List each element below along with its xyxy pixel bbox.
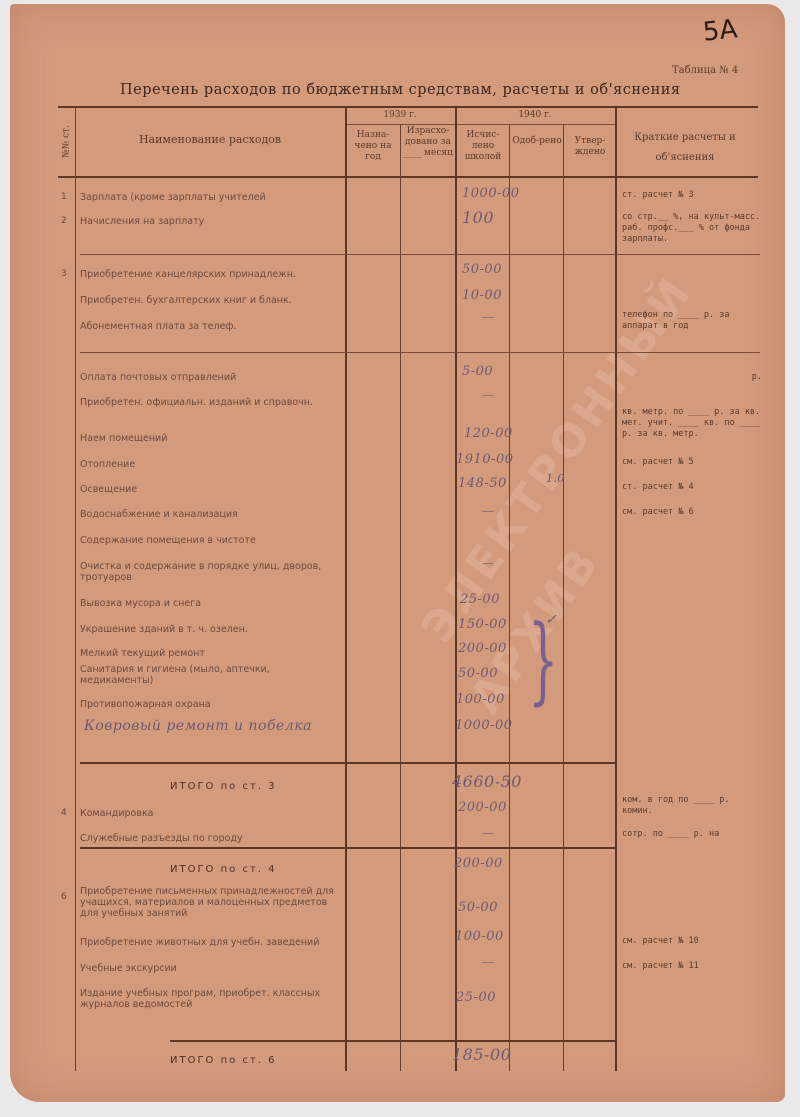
header-year-1940: 1940 г. — [455, 110, 615, 121]
header-confirmed: Утвер-ждено — [565, 136, 615, 158]
row-label: Наем помещений — [80, 433, 345, 444]
year-rule — [345, 124, 615, 125]
section-rule — [80, 352, 760, 353]
row-label: Начисления на зарплату — [80, 216, 345, 227]
col-divider — [509, 124, 510, 1071]
school-amount: 148-50 — [458, 476, 507, 491]
total-amount: 185-00 — [452, 1045, 511, 1064]
row-label: Вывозка мусора и снега — [80, 598, 345, 609]
row-label: Приобретен. бухгалтерских книг и бланк. — [80, 295, 345, 306]
row-note: см. расчет № 11 — [622, 961, 762, 972]
school-amount: 5-00 — [462, 364, 493, 379]
row-label: Издание учебных програм, приобрет. класс… — [80, 988, 345, 1010]
row-label: Очистка и содержание в порядке улиц, дво… — [80, 561, 345, 583]
school-amount: — — [482, 388, 494, 402]
row-label: Водоснабжение и канализация — [80, 509, 345, 520]
row-label: Абонементная плата за телеф. — [80, 321, 345, 332]
header-year-1939: 1939 г. — [345, 110, 455, 121]
school-amount: 200-00 — [458, 800, 507, 815]
row-note: см. расчет № 6 — [622, 507, 762, 518]
total-amount: 4660-50 — [452, 772, 522, 791]
total-label: ИТОГО по ст. 6 — [170, 1055, 277, 1066]
school-amount: — — [482, 826, 494, 840]
section-rule — [80, 254, 760, 255]
school-amount: 25-00 — [456, 990, 496, 1005]
header-approved: Одоб-рено — [511, 136, 563, 147]
school-amount: 10-00 — [462, 288, 502, 303]
row-label: Освещение — [80, 484, 345, 495]
row-note: см. расчет № 5 — [622, 457, 762, 468]
header-calculated-by-school: Исчис-лено школой — [457, 130, 509, 163]
row-label: Противопожарная охрана — [80, 699, 345, 710]
approved-mark: 1.0 — [546, 472, 565, 485]
school-amount: 100 — [462, 208, 494, 227]
handwritten-row-label: Ковровый ремонт и побелка — [84, 718, 312, 734]
school-amount: — — [482, 504, 494, 518]
row-label: Приобретение канцелярских принадлежн. — [80, 269, 345, 280]
school-amount: 100-00 — [456, 692, 505, 707]
table-number: Таблица № 4 — [672, 65, 738, 76]
header-assigned: Назна-чено на год — [347, 130, 399, 163]
header-notes: Краткие расчеты и об'яснения — [620, 128, 750, 168]
row-label: Зарплата (кроме зарплаты учителей — [80, 192, 345, 203]
header-col-no: №№ ст. — [62, 117, 73, 167]
bracket-mark: } — [528, 613, 558, 708]
row-note: ст. расчет № 4 — [622, 482, 762, 493]
row-number: 2 — [61, 216, 67, 226]
school-amount: 1000-00 — [462, 186, 520, 201]
page-title: Перечень расходов по бюджетным средствам… — [120, 82, 720, 98]
row-label: Командировка — [80, 808, 345, 819]
row-number: 6 — [61, 892, 67, 902]
row-label: Отопление — [80, 459, 345, 470]
row-number: 4 — [61, 808, 67, 818]
header-bottom-rule — [58, 176, 758, 178]
row-label: Санитария и гигиена (мыло, аптечки, меди… — [80, 664, 345, 686]
row-label: Приобретение животных для учебн. заведен… — [80, 937, 345, 948]
row-number: 3 — [61, 269, 67, 279]
row-label: Мелкий текущий ремонт — [80, 648, 345, 659]
total-label: ИТОГО по ст. 4 — [170, 864, 277, 875]
row-note: сотр. по ____ р. на — [622, 829, 762, 840]
row-label: Содержание помещения в чистоте — [80, 535, 345, 546]
row-label: Приобретение письменных принадлежностей … — [80, 886, 345, 919]
total-rule — [170, 1040, 615, 1042]
row-label: Учебные экскурсии — [80, 963, 345, 974]
school-amount: — — [482, 955, 494, 969]
row-note: кв. метр. по ____ р. за кв. мет. учит. _… — [622, 407, 762, 440]
school-amount: 1910-00 — [456, 452, 514, 467]
row-note: см. расчет № 10 — [622, 936, 762, 947]
total-amount: 200-00 — [454, 856, 503, 871]
row-note: ком. в год по ____ р. комин. — [622, 795, 762, 817]
row-label: Служебные разъезды по городу — [80, 833, 345, 844]
col-divider — [563, 124, 564, 1071]
col-divider — [75, 106, 76, 1071]
school-amount: 25-00 — [460, 592, 500, 607]
row-label: Приобретен. официальн. изданий и справоч… — [80, 397, 345, 408]
header-top-rule — [58, 106, 758, 108]
total-label: ИТОГО по ст. 3 — [170, 781, 277, 792]
row-note: ст. расчет № 3 — [622, 190, 762, 201]
school-amount: — — [482, 556, 494, 570]
row-note: р. — [622, 372, 762, 383]
total-rule — [80, 762, 615, 764]
school-amount: 50-00 — [458, 666, 498, 681]
row-label: Оплата почтовых отправлений — [80, 372, 345, 383]
school-amount: 1000-00 — [455, 718, 513, 733]
row-number: 1 — [61, 192, 67, 202]
school-amount: 150-00 — [458, 617, 507, 632]
col-divider — [345, 106, 347, 1071]
school-amount: 120-00 — [464, 426, 513, 441]
col-divider — [400, 124, 401, 1071]
row-note: со стр.__ %, на культ-масс. раб. профс._… — [622, 212, 762, 245]
school-amount: 50-00 — [458, 900, 498, 915]
total-rule — [80, 847, 615, 849]
school-amount: — — [482, 310, 494, 324]
header-col-name: Наименование расходов — [80, 134, 340, 145]
row-label: Украшение зданий в т. ч. озелен. — [80, 624, 345, 635]
page-number: 5А — [702, 14, 739, 47]
school-amount: 50-00 — [462, 262, 502, 277]
row-note: телефон по ____ р. за аппарат в год — [622, 310, 762, 332]
school-amount: 100-00 — [455, 929, 504, 944]
col-divider — [615, 106, 617, 1071]
header-spent: Израсхо-довано за ____ месяц — [402, 126, 454, 159]
school-amount: 200-00 — [458, 641, 507, 656]
col-divider — [455, 106, 457, 1071]
